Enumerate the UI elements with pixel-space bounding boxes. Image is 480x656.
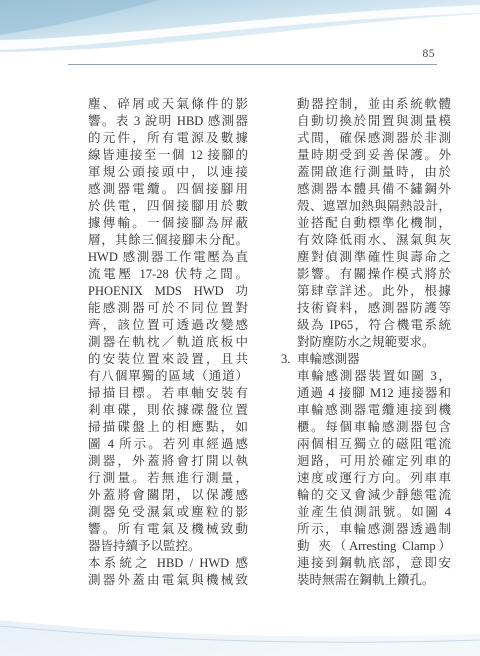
text-line: 櫃。每個車輪感測器包含 [297,419,451,436]
text-line: 器皆持續予以監控。 [88,538,248,555]
text-line: 掃描碟盤上的相應點，如 [88,419,248,436]
text-line: 連接到鋼軌底部，意即安 [297,555,451,572]
text-line: 第肆章詳述。此外，根據 [297,283,451,300]
text-line: 所示，車輪感測器透過制 [297,521,451,538]
bottom-wave-graphic [0,612,480,656]
text-line: 速度或運行方向。列車車 [297,470,451,487]
text-line: 齊，該位置可透過改變感 [88,317,248,334]
list-item-heading: 3.車輪感測器 [281,351,451,368]
text-line: 層，其餘三個接腳未分配。 [88,232,248,249]
text-line: 式間，確保感測器於非測 [297,130,451,147]
text-line: 線皆連接至一個 12 接腳的 [88,147,248,164]
list-item-marker: 3. [281,351,297,368]
text-line: 能感測器可於不同位置對 [88,300,248,317]
text-line: 車輪感測器電纜連接到機 [297,402,451,419]
text-line: 響。表 3 說明 HBD 感測器 [88,113,248,130]
right-text-column: 動器控制，並由系統軟體自動切換於閒置與測量模式間，確保感測器於非測量時期受到妥善… [281,96,451,589]
list-item-body: 車輪感測器裝置如圖 3，通過 4 接腳 M12 連接器和車輪感測器電纜連接到機櫃… [297,368,451,589]
text-line: 並搭配自動標準化機制， [297,215,451,232]
text-line: 技術資料，感測器防護等 [297,300,451,317]
text-line: 有效降低雨水、濕氣與灰 [297,232,451,249]
text-line: 有八個單獨的區域（通道） [88,368,248,385]
header-rule [68,64,437,65]
text-line: 自動切換於閒置與測量模 [297,113,451,130]
text-line: 外蓋將會關閉，以保護感 [88,487,248,504]
text-line: 軍規公頭接頭中，以連接 [88,164,248,181]
text-line: 通過 4 接腳 M12 連接器和 [297,385,451,402]
text-line: HWD 感測器工作電壓為直 [88,249,248,266]
text-line: 蓋開啟進行測量時，由於 [297,164,451,181]
text-line: 並產生偵測訊號。如圖 4 [297,504,451,521]
text-line: 的元件，所有電源及數據 [88,130,248,147]
text-line: 感測器電纜。四個接腳用 [88,181,248,198]
text-line: 量時期受到妥善保護。外 [297,147,451,164]
document-page: 85 塵、碎屑或天氣條件的影響。表 3 說明 HBD 感測器的元件，所有電源及數… [0,0,480,656]
text-line: 動 夾（Arresting Clamp） [297,538,451,555]
text-line: 測器外蓋由電氣與機械致 [88,572,248,589]
text-line: 據傳輸。一個接腳為屏蔽 [88,215,248,232]
text-line: 影響。有關操作模式將於 [297,266,451,283]
text-line: 裝時無需在鋼軌上鑽孔。 [297,572,451,589]
text-line: 輪的交叉會減少靜態電流 [297,487,451,504]
text-line: 於供電，四個接腳用於數 [88,198,248,215]
text-line: 圖 4 所示。若列車經過感 [88,436,248,453]
text-line: 塵、碎屑或天氣條件的影 [88,96,248,113]
text-line: 對防塵防水之規範要求。 [297,334,451,351]
text-line: 流電壓 17-28 伏特之間。 [88,266,248,283]
text-line: 行測量。若無進行測量， [88,470,248,487]
text-line: 感測器本體具備不鏽鋼外 [297,181,451,198]
page-number: 85 [423,48,436,60]
text-line: 迴路，可用於確定列車的 [297,453,451,470]
left-text-column: 塵、碎屑或天氣條件的影響。表 3 說明 HBD 感測器的元件，所有電源及數據線皆… [88,96,248,589]
text-line: 兩個相互獨立的磁阻電流 [297,436,451,453]
text-line: 塵對偵測準確性與壽命之 [297,249,451,266]
text-line: 本系統之 HBD / HWD 感 [88,555,248,572]
text-line: 測器在軌枕／軌道底板中 [88,334,248,351]
text-line: 殼、遮罩加熱與隔熱設計， [297,198,451,215]
text-line: PHOENIX MDS HWD 功 [88,283,248,300]
text-line: 測器，外蓋將會打開以執 [88,453,248,470]
list-item-title: 車輪感測器 [297,351,360,368]
text-line: 的安裝位置來設置，且共 [88,351,248,368]
text-line: 動器控制，並由系統軟體 [297,96,451,113]
right-paragraph: 動器控制，並由系統軟體自動切換於閒置與測量模式間，確保感測器於非測量時期受到妥善… [297,96,451,351]
text-line: 剎車碟，則依據碟盤位置 [88,402,248,419]
text-line: 掃描目標。若車軸安裝有 [88,385,248,402]
text-line: 響。所有電氣及機械致動 [88,521,248,538]
text-line: 車輪感測器裝置如圖 3， [297,368,451,385]
text-line: 測器免受濕氣或塵粒的影 [88,504,248,521]
text-line: 級為 IP65，符合機電系統 [297,317,451,334]
